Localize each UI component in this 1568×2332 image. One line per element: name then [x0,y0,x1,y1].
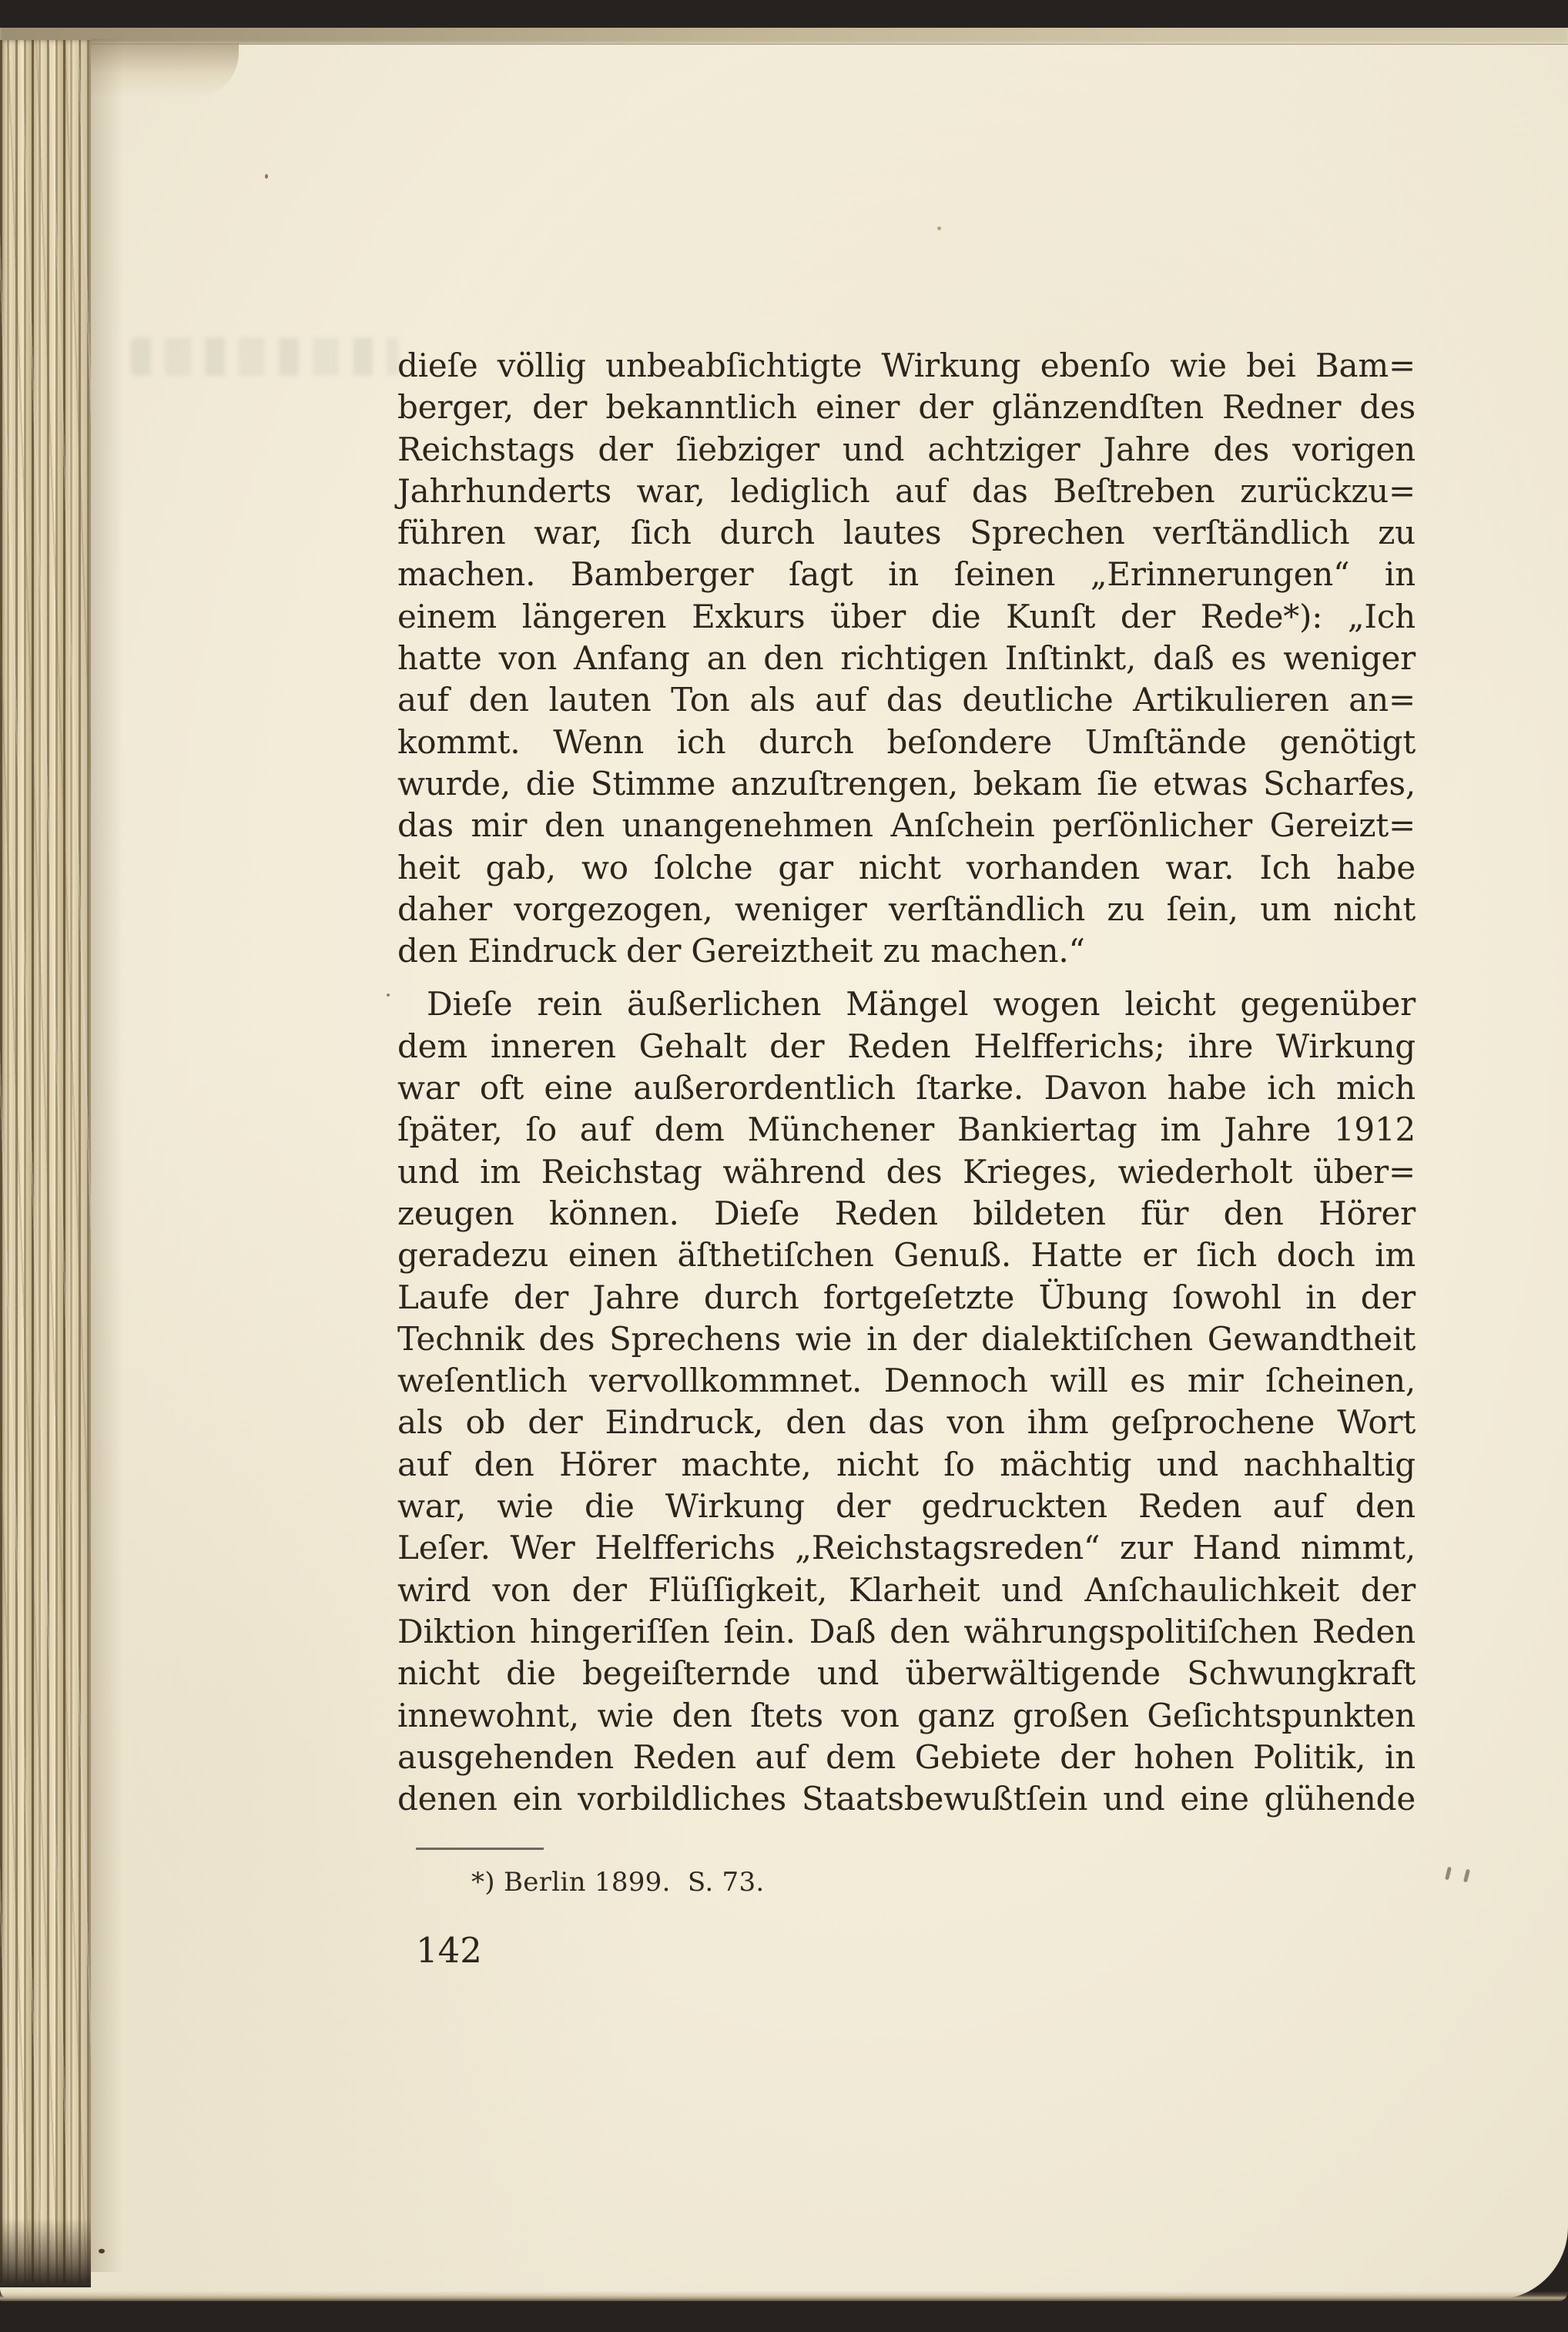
text-line: dem inneren Gehalt der Reden Helfferichs… [397,1026,1416,1067]
text-line: wird von der Flüſſigkeit, Klarheit und A… [397,1570,1416,1611]
text-line: ausgehenden Reden auf dem Gebiete der ho… [397,1737,1416,1778]
text-line: auf den lauten Ton als auf das deutliche… [397,679,1416,721]
text-line: nicht die begeiſternde und überwältigend… [397,1653,1416,1694]
text-line: dieſe völlig unbeabſichtigte Wirkung ebe… [397,345,1416,387]
text-line: geradezu einen äſthetiſchen Genuß. Hatte… [397,1235,1416,1276]
show-through-ghost-text [131,337,399,376]
text-line: daher vorgezogen, weniger verſtändlich z… [397,889,1416,930]
margin-ink-marks [1446,1867,1493,1901]
scanned-book-page: dieſe völlig unbeabſichtigte Wirkung ebe… [0,0,1568,2332]
text-line-paragraph-start: Dieſe rein äußerlichen Mängel wogen leic… [397,983,1416,1025]
text-line: denen ein vorbildliches Staatsbewußtſein… [397,1778,1416,1820]
footnote-rule [416,1848,544,1850]
book-head-edge [0,28,1568,44]
text-line: war, wie die Wirkung der gedruckten Rede… [397,1486,1416,1527]
text-line: als ob der Eindruck, den das von ihm geſ… [397,1402,1416,1443]
page-number: 142 [416,1930,482,1971]
text-line: auf den Hörer machte, nicht ſo mächtig u… [397,1444,1416,1486]
text-line: ſpäter, ſo auf dem Münchener Bankiertag … [397,1109,1416,1151]
text-line: kommt. Wenn ich durch beſondere Umſtände… [397,722,1416,763]
text-block: dieſe völlig unbeabſichtigte Wirkung ebe… [397,345,1416,1820]
text-line: hatte von Anfang an den richtigen Inſtin… [397,638,1416,679]
text-line: zeugen können. Dieſe Reden bildeten für … [397,1193,1416,1235]
text-line: einem längeren Exkurs über die Kunſt der… [397,596,1416,638]
text-line: machen. Bamberger ſagt in ſeinen „Erinne… [397,554,1416,595]
text-line: innewohnt, wie den ſtets von ganz großen… [397,1695,1416,1737]
text-line: wurde, die Stimme anzuſtrengen, bekam ſi… [397,763,1416,805]
text-line: Technik des Sprechens wie in der dialekt… [397,1318,1416,1360]
text-line: berger, der bekanntlich einer der glänze… [397,387,1416,428]
text-line: führen war, ſich durch lautes Sprechen v… [397,512,1416,554]
paper-speck [265,174,268,179]
text-line: Diktion hingeriſſen ſein. Daß den währun… [397,1611,1416,1653]
footnote: *) Berlin 1899. S. 73. [471,1867,765,1898]
text-line: Jahrhunderts war, lediglich auf das Beſt… [397,471,1416,512]
text-line: Leſer. Wer Helfferichs „Reichstagsreden“… [397,1527,1416,1569]
page-edge-stack [0,40,91,2283]
text-line: Laufe der Jahre durch fortgeſetzte Übung… [397,1277,1416,1318]
text-line: heit gab, wo ſolche gar nicht vorhanden … [397,847,1416,889]
paper-speck [387,993,390,997]
text-line-paragraph-end: den Eindruck der Gereiztheit zu machen.“ [397,930,1416,972]
paper-speck [937,226,941,230]
page-edge-shadow [91,39,123,2272]
paper-speck [99,2249,105,2253]
text-line: das mir den unangenehmen Anſchein perſön… [397,805,1416,846]
text-line: war oft eine außerordentlich ſtarke. Dav… [397,1067,1416,1109]
text-line: Reichstags der ſiebziger und achtziger J… [397,429,1416,471]
text-line: und im Reichstag während des Krieges, wi… [397,1151,1416,1193]
text-line: weſentlich vervollkommnet. Dennoch will … [397,1360,1416,1402]
